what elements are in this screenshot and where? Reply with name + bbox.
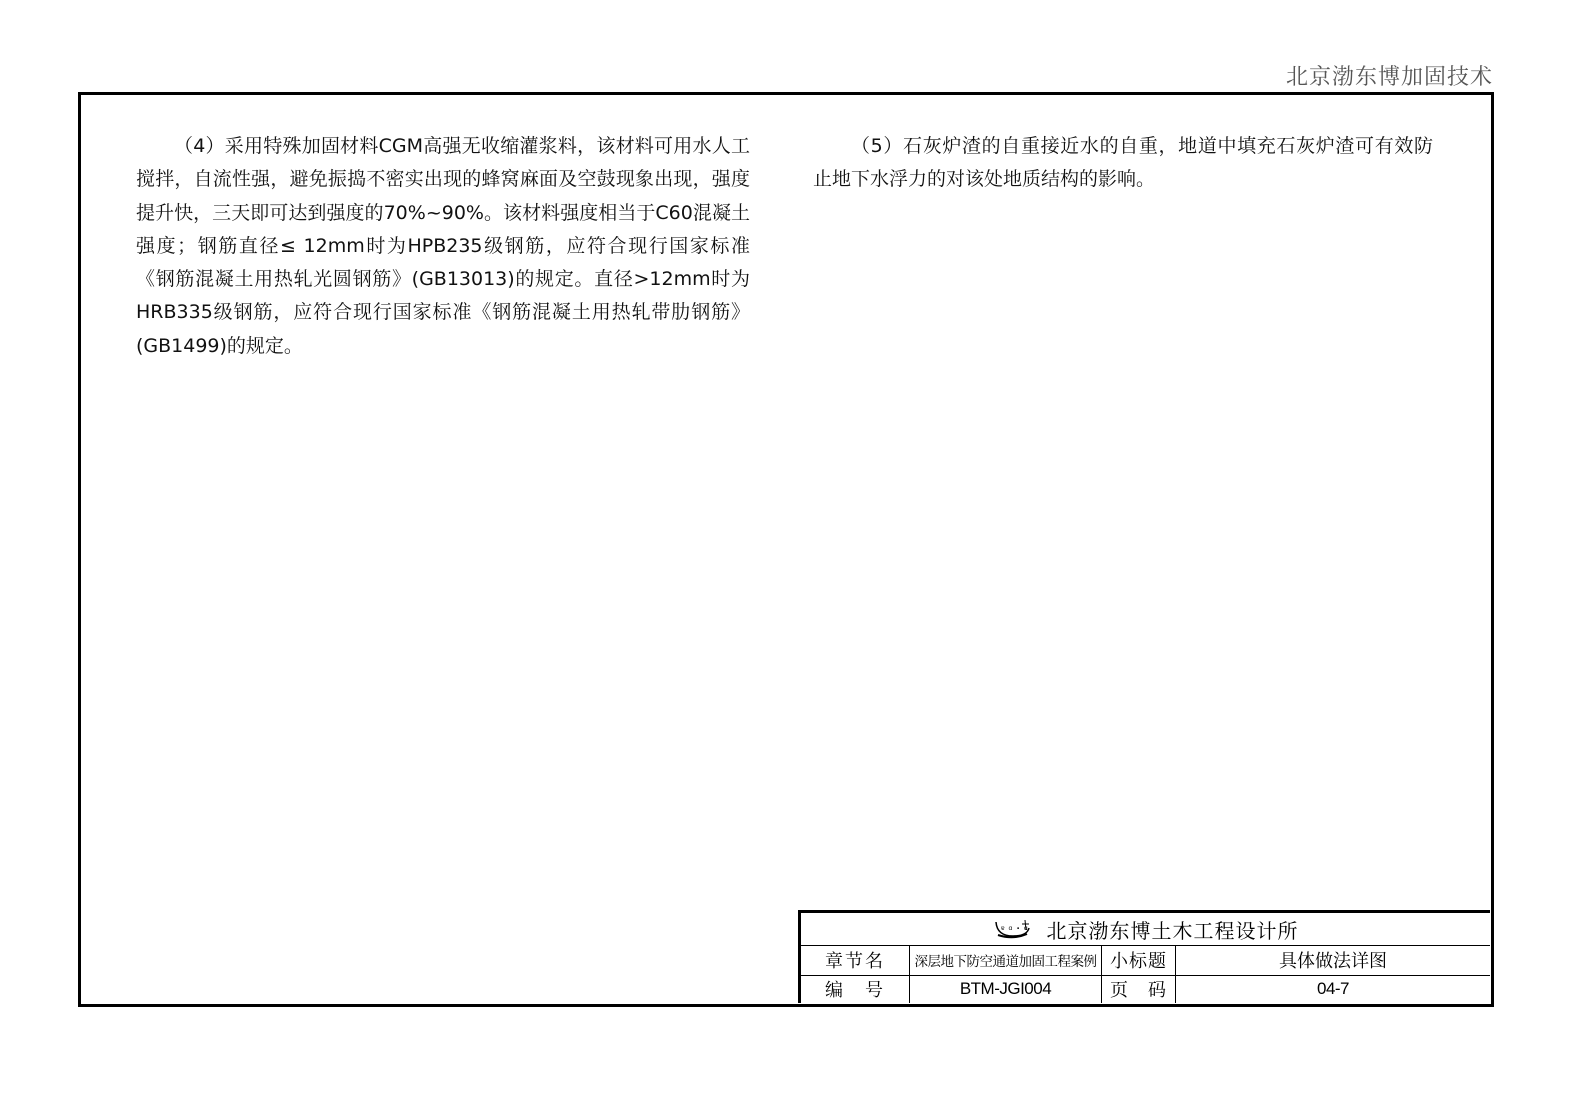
right-column: （5）石灰炉渣的自重接近水的自重，地道中填充石灰炉渣可有效防止地下水浮力的对该处… bbox=[813, 130, 1433, 197]
subtitle-label: 小标题 bbox=[1102, 945, 1176, 975]
title-block-row-2: 编 号 BTM-JGI004 页 码 04-7 bbox=[801, 975, 1490, 1003]
paragraph-5: （5）石灰炉渣的自重接近水的自重，地道中填充石灰炉渣可有效防止地下水浮力的对该处… bbox=[813, 130, 1433, 197]
header-brand: 北京渤东博加固技术 bbox=[1286, 60, 1493, 91]
number-label: 编 号 bbox=[801, 975, 910, 1003]
chapter-name-value: 深层地下防空通道加固工程案例 bbox=[910, 945, 1102, 975]
company-logo-icon: ɐ ɑ ∙ ɑ bbox=[993, 918, 1033, 940]
paragraph-4: （4）采用特殊加固材料CGM高强无收缩灌浆料，该材料可用水人工搅拌，自流性强，避… bbox=[136, 130, 750, 363]
title-block: ɐ ɑ ∙ ɑ 北京渤东博土木工程设计所 章节名 深层地下防空通道加固工程案例 … bbox=[798, 910, 1490, 1003]
number-value: BTM-JGI004 bbox=[910, 975, 1102, 1003]
svg-text:ɐ ɑ ∙ ɑ: ɐ ɑ ∙ ɑ bbox=[1001, 925, 1029, 932]
company-name: 北京渤东博土木工程设计所 bbox=[1047, 915, 1299, 944]
chapter-name-label: 章节名 bbox=[801, 945, 910, 975]
subtitle-value: 具体做法详图 bbox=[1176, 945, 1490, 975]
left-column: （4）采用特殊加固材料CGM高强无收缩灌浆料，该材料可用水人工搅拌，自流性强，避… bbox=[136, 130, 750, 363]
page-label: 页 码 bbox=[1102, 975, 1176, 1003]
page-value: 04-7 bbox=[1176, 975, 1490, 1003]
title-block-header: ɐ ɑ ∙ ɑ 北京渤东博土木工程设计所 bbox=[801, 913, 1490, 946]
title-block-row-1: 章节名 深层地下防空通道加固工程案例 小标题 具体做法详图 bbox=[801, 945, 1490, 976]
